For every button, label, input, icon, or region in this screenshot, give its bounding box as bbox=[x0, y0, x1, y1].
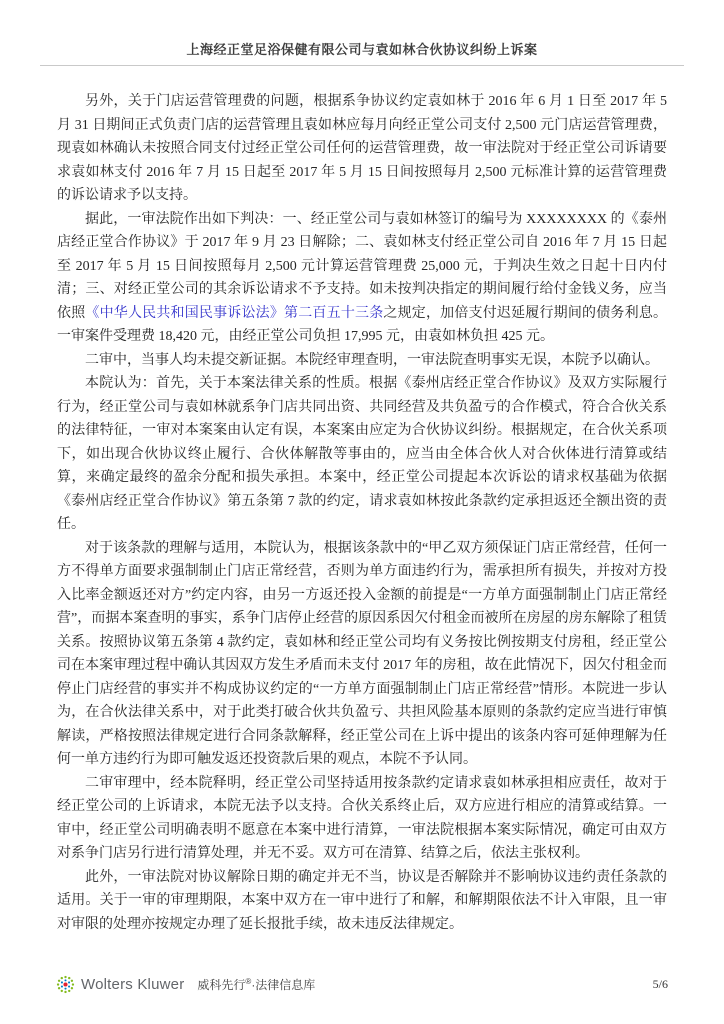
paragraph-second-instance-evidence: 二审中，当事人均未提交新证据。本院经审理查明，一审法院查明事实无误，本院予以确认… bbox=[57, 349, 667, 373]
document-page: 上海经正堂足浴保健有限公司与袁如林合伙协议纠纷上诉案 另外，关于门店运营管理费的… bbox=[0, 0, 724, 1024]
paragraph-store-fee: 另外，关于门店运营管理费的问题，根据系争协议约定袁如林于 2016 年 6 月 … bbox=[57, 90, 667, 208]
paragraph-text: 据此，一审法院作出如下判决：一、经正堂公司与袁如林签订的编号为 XXXXXXXX… bbox=[57, 212, 667, 321]
footer-brand-group: Wolters Kluwer 威科先行®·法律信息库 bbox=[56, 975, 315, 994]
paragraph-additional-findings: 此外，一审法院对协议解除日期的确定并无不当，协议是否解除并不影响协议违约责任条款… bbox=[57, 866, 667, 937]
product-name: 威科先行®·法律信息库 bbox=[197, 976, 315, 993]
doc-header: 上海经正堂足浴保健有限公司与袁如林合伙协议纠纷上诉案 bbox=[0, 0, 724, 58]
brand-wordmark: Wolters Kluwer bbox=[81, 976, 184, 993]
doc-body: 另外，关于门店运营管理费的问题，根据系争协议约定袁如林于 2016 年 6 月 … bbox=[0, 66, 724, 936]
paragraph-clause-interpretation: 对于该条款的理解与适用，本院认为，根据该条款中的“甲乙双方须保证门店正常经营，任… bbox=[57, 537, 667, 772]
paragraph-court-opinion-nature: 本院认为：首先，关于本案法律关系的性质。根据《泰州店经正堂合作协议》及双方实际履… bbox=[57, 372, 667, 537]
doc-title: 上海经正堂足浴保健有限公司与袁如林合伙协议纠纷上诉案 bbox=[0, 42, 724, 58]
product-name-text: 威科先行 bbox=[197, 978, 245, 992]
product-suffix-text: ·法律信息库 bbox=[251, 978, 315, 992]
doc-footer: Wolters Kluwer 威科先行®·法律信息库 5/6 bbox=[0, 975, 724, 994]
page-number: 5/6 bbox=[653, 977, 668, 992]
wolters-kluwer-logo-icon bbox=[56, 975, 75, 994]
paragraph-appeal-rejection: 二审审理中，经本院释明，经正堂公司坚持适用按条款约定请求袁如林承担相应责任，故对… bbox=[57, 772, 667, 866]
paragraph-first-instance-judgment: 据此，一审法院作出如下判决：一、经正堂公司与袁如林签订的编号为 XXXXXXXX… bbox=[57, 208, 667, 349]
law-reference-link[interactable]: 《中华人民共和国民事诉讼法》第二百五十三条 bbox=[85, 306, 383, 321]
